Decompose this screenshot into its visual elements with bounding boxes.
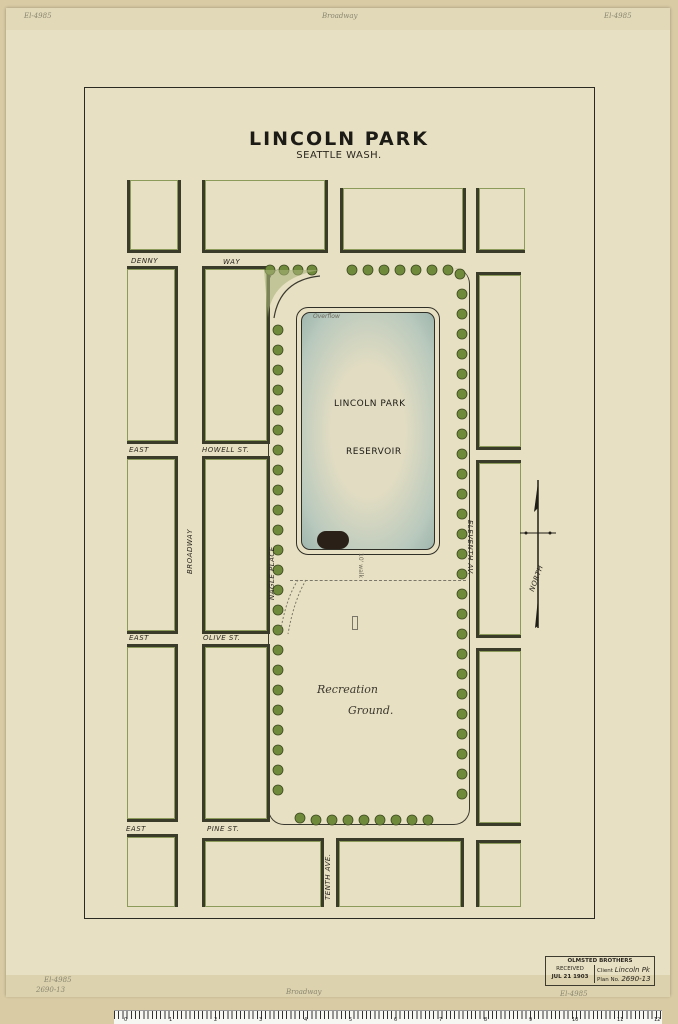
dashed-boundary-line	[290, 580, 466, 581]
city-block	[127, 834, 178, 907]
ruler-label: 7	[439, 1017, 442, 1023]
ruler-label: 0	[124, 1017, 127, 1023]
street-label-pine: PINE ST.	[207, 825, 239, 833]
reservoir-label-line2: RESERVOIR	[346, 447, 402, 457]
ruler-label: 10	[572, 1017, 578, 1023]
street-label-east-olive: EAST	[129, 634, 149, 642]
street-label-east-pine: EAST	[126, 825, 146, 833]
street-label-broadway: BROADWAY	[186, 529, 194, 574]
stamp-plan-value: 2690-13	[621, 975, 650, 983]
stamp-plan-label: Plan No.	[597, 977, 620, 983]
city-block	[340, 188, 466, 253]
north-arrow-icon	[518, 478, 558, 630]
olmsted-received-stamp: OLMSTED BROTHERS RECEIVED JUL 21 1903 Cl…	[545, 956, 655, 986]
pencil-note-top-center: Broadway	[322, 12, 357, 20]
sketch-structure	[352, 616, 358, 630]
scale-ruler: 0 1 2 3 4 5 6 7 8 9 10 11 12	[114, 1010, 662, 1024]
city-block	[476, 840, 521, 907]
street-label-nagle-place: NAGLE PLACE	[268, 546, 276, 600]
overflow-label: Overflow	[313, 313, 340, 320]
walk-note: 10' walk	[357, 553, 364, 578]
pencil-note-bottom-left-2: 2690-13	[36, 986, 65, 994]
reservoir-label-line1: LINCOLN PARK	[334, 399, 406, 409]
stamp-date: JUL 21 1903	[549, 974, 591, 980]
ruler-label: 8	[484, 1017, 487, 1023]
ruler-label: 12	[654, 1017, 660, 1023]
stamp-received: RECEIVED	[549, 966, 591, 972]
city-block	[127, 266, 178, 444]
city-block	[476, 188, 525, 253]
pencil-note-bottom-center: Broadway	[286, 988, 321, 996]
stamp-plan-row: Plan No. 2690-13	[597, 975, 651, 983]
stamp-header: OLMSTED BROTHERS	[546, 958, 654, 964]
city-block	[476, 272, 521, 450]
street-label-howell: HOWELL ST.	[202, 446, 249, 454]
stamp-client-value: Lincoln Pk	[615, 966, 650, 974]
pencil-note-bottom-left-1: El-4985	[44, 976, 72, 984]
city-block	[336, 838, 464, 907]
gatehouse	[317, 531, 349, 549]
ruler-label: 5	[349, 1017, 352, 1023]
ruler-label: 11	[617, 1017, 623, 1023]
recreation-label-line1: Recreation	[317, 683, 378, 696]
city-block	[202, 838, 324, 907]
pencil-note-top-left: El-4985	[24, 12, 52, 20]
ruler-ticks	[114, 1011, 662, 1019]
city-block	[202, 180, 328, 253]
dashed-path	[276, 578, 316, 638]
street-label-denny: DENNY	[131, 257, 158, 265]
city-block	[476, 460, 521, 638]
city-block	[476, 648, 521, 826]
street-label-olive: OLIVE ST.	[203, 634, 241, 642]
reservoir-basin	[301, 312, 435, 550]
street-label-east-howell: EAST	[129, 446, 149, 454]
pencil-note-bottom-right: El-4985	[560, 990, 588, 998]
recreation-label-line2: Ground.	[348, 704, 393, 717]
street-label-tenth-ave: TENTH AVE.	[324, 853, 332, 900]
map-title: LINCOLN PARK	[0, 128, 678, 150]
pencil-note-top-right: El-4985	[604, 12, 632, 20]
ruler-label: 1	[169, 1017, 172, 1023]
ruler-label: 4	[304, 1017, 307, 1023]
ruler-label: 3	[259, 1017, 262, 1023]
ruler-label: 9	[529, 1017, 532, 1023]
city-block	[127, 456, 178, 634]
ruler-label: 6	[394, 1017, 397, 1023]
city-block	[127, 644, 178, 822]
stamp-client-label: Client	[597, 968, 613, 974]
street-label-eleventh-ave: ELEVENTH AV.	[466, 520, 474, 576]
city-block	[127, 180, 181, 253]
stamp-client-row: Client Lincoln Pk	[597, 966, 650, 974]
map-subtitle: SEATTLE WASH.	[0, 150, 678, 161]
street-label-way: WAY	[223, 258, 240, 266]
ruler-label: 2	[214, 1017, 217, 1023]
